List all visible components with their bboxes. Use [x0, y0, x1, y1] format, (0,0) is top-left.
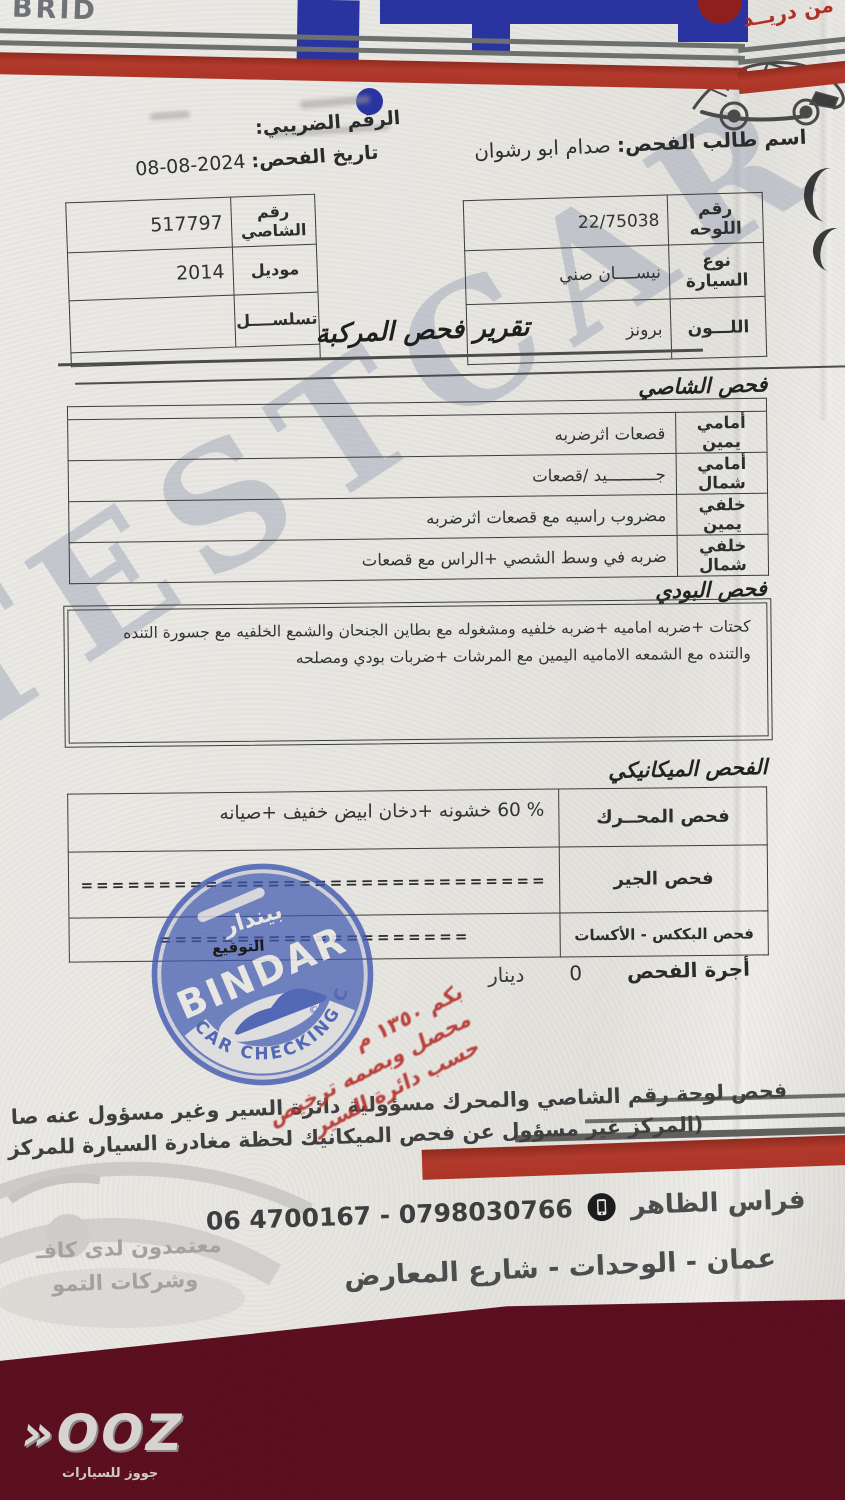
body-section-heading: فحص البودي: [655, 577, 767, 604]
owner-name: فراس الظاهر: [630, 1185, 806, 1221]
model-value: 2014: [67, 247, 233, 301]
chassis-section-heading: فحص الشاصي: [637, 372, 767, 399]
bindar-logo-fragment: [472, 0, 510, 54]
table-row: نوع السيارة نيســــان صني: [465, 242, 765, 304]
table-row: فحص المحــرك % 60 خشونه +دخان ابيض خفيف …: [68, 787, 768, 852]
chassis-number-value: 517797: [66, 197, 232, 253]
photographed-inspection-report: TESTCAR BRID من دريــد اسم: [0, 0, 845, 1500]
front-right-label: أمامي يمين: [676, 411, 767, 453]
fee-currency: دينار: [488, 962, 525, 987]
phone-icon: [586, 1192, 617, 1223]
plate-number-value: 22/75038: [463, 195, 668, 251]
front-left-label: أمامي شمال: [676, 452, 767, 494]
engine-check-label: فحص المحــرك: [559, 787, 768, 847]
car-type-label: نوع السيارة: [669, 242, 765, 299]
engine-check-value: % 60 خشونه +دخان ابيض خفيف +صيانه: [68, 789, 560, 852]
gear-check-label: فحص الجير: [559, 845, 768, 913]
chassis-inspection-table: أمامي يمين قصعات اثرضربه أمامي شمال جـــ…: [67, 398, 769, 585]
table-row: رقم اللوحه 22/75038: [463, 192, 763, 250]
rear-left-label: خلفي شمال: [677, 534, 768, 576]
body-inspection-text: كحتات +ضربه اماميه +ضربه خلفيه ومشغوله م…: [68, 603, 767, 675]
plate-number-label: رقم اللوحه: [667, 192, 763, 245]
mechanical-section-heading: الفحص الميكانيكي: [607, 755, 767, 783]
zooz-logo: »OOZ: [17, 1404, 189, 1462]
table-row: موديل 2014: [67, 244, 318, 301]
rear-left-value: ضربه في وسط الشصي +الراس مع قصعات: [69, 535, 677, 583]
body-inspection-box: كحتات +ضربه اماميه +ضربه خلفيه ومشغوله م…: [67, 602, 768, 743]
fee-label: أجرة الفحص: [627, 957, 751, 984]
model-label: موديل: [232, 244, 318, 295]
zooz-subtitle: جووز للسيارات: [62, 1466, 158, 1481]
table-row: خلفي شمال ضربه في وسط الشصي +الراس مع قص…: [69, 534, 768, 584]
car-type-value: نيســــان صني: [465, 245, 670, 305]
chassis-number-label: رقم الشاصي: [230, 194, 316, 247]
signature-label: التوقيع: [212, 937, 265, 958]
accredited-line-2: وشركات التمو: [52, 1267, 199, 1296]
axle-check-label: فحص البككس - الأكسات: [560, 911, 768, 957]
table-row: رقم الشاصي 517797: [66, 194, 317, 253]
fee-amount: 0: [569, 961, 582, 985]
hybrid-partial-text: BRID: [11, 0, 98, 26]
bindar-logo-fragment: [380, 0, 710, 24]
rear-right-label: خلفي يمين: [677, 493, 768, 535]
